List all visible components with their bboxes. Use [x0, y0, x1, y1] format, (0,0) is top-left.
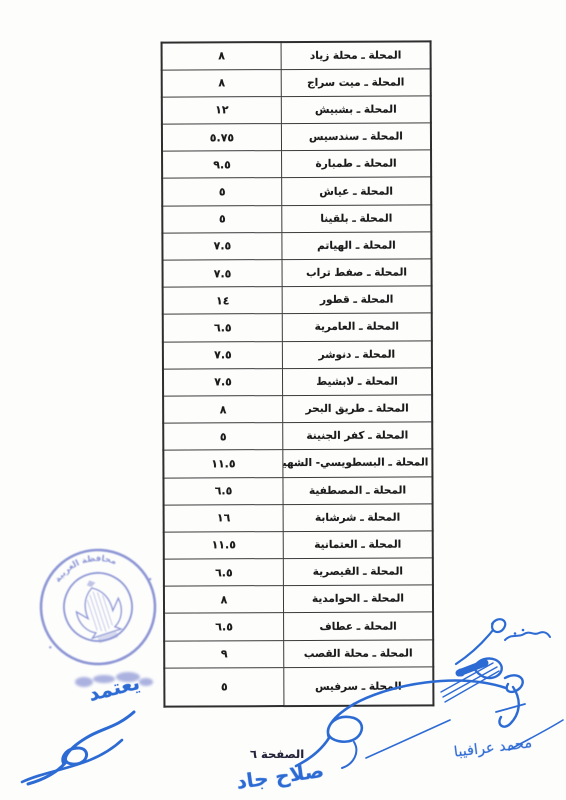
route-cell: المحلة ـ العامرية	[282, 313, 432, 341]
fare-table: المحلة ـ محلة زياد ٨ المحلة ـ ميت سراج ٨…	[161, 40, 435, 707]
fare-table-body: المحلة ـ محلة زياد ٨ المحلة ـ ميت سراج ٨…	[162, 41, 434, 706]
eagle-emblem-icon	[68, 573, 130, 647]
route-cell: المحلة ـ ميت سراج	[281, 69, 431, 97]
table-row: المحلة ـ قطور ١٤	[163, 286, 432, 314]
fare-cell: ٨	[164, 586, 284, 614]
fare-cell: ١١.٥	[164, 531, 284, 559]
table-row: المحلة ـ صفط تراب ٧.٥	[163, 259, 432, 287]
route-cell: المحلة ـ البسطويسي- الشهيدي	[283, 449, 433, 477]
fare-cell: ٥	[163, 423, 283, 451]
fare-cell: ٨	[162, 69, 282, 97]
fare-cell: ٥	[162, 205, 282, 233]
table-row: المحلة ـ سندسيس ٥.٧٥	[162, 123, 431, 151]
fare-cell: ٩.٥	[162, 151, 282, 179]
table-row: المحلة ـ عياش ٥	[162, 177, 431, 205]
handwritten-name-bottom: صلاح جاد	[235, 758, 326, 794]
fare-cell: ١٢	[162, 96, 282, 124]
table-row: المحلة ـ لابشيط ٧.٥	[163, 368, 432, 396]
fare-cell: ١٤	[163, 287, 283, 315]
route-cell: المحلة ـ لابشيط	[282, 368, 432, 396]
table-row: المحلة ـ محلة زياد ٨	[162, 41, 431, 69]
table-row: المحلة ـ المصطفية ٦.٥	[163, 476, 432, 504]
route-cell: المحلة ـ كفر الجنينة	[283, 422, 433, 450]
fare-cell: ٨	[162, 42, 282, 70]
table-row: المحلة ـ العامرية ٦.٥	[163, 313, 432, 341]
fare-cell: ٥.٧٥	[162, 124, 282, 152]
fare-cell: ٩	[164, 640, 284, 668]
route-cell: المحلة ـ طمبارة	[282, 150, 432, 178]
route-cell: المحلة ـ العتمانية	[283, 531, 433, 559]
table-row: المحلة ـ عطاف ٦.٥	[164, 612, 433, 640]
table-row: المحلة ـ كفر الجنينة ٥	[163, 422, 432, 450]
table-row: المحلة ـ شرشابة ١٦	[164, 504, 433, 532]
official-round-stamp: محافظة الغربية ٭ ٭	[28, 541, 174, 685]
route-cell: المحلة ـ طريق البحر	[283, 395, 433, 423]
route-cell: المحلة ـ دنوشر	[282, 340, 432, 368]
route-cell: المحلة ـ الهياتم	[282, 232, 432, 260]
table-row: المحلة ـ البسطويسي- الشهيدي ١١.٥	[163, 449, 432, 477]
scanned-document-page: المحلة ـ محلة زياد ٨ المحلة ـ ميت سراج ٨…	[0, 0, 566, 800]
route-cell: المحلة ـ قطور	[282, 286, 432, 314]
fare-cell: ٦.٥	[163, 477, 283, 505]
fare-cell: ٧.٥	[163, 260, 283, 288]
route-cell: المحلة ـ صفط تراب	[282, 259, 432, 287]
table-row: المحلة ـ ميت سراج ٨	[162, 69, 431, 97]
fare-cell: ٥	[162, 178, 282, 206]
fare-cell: ١١.٥	[163, 450, 283, 478]
route-cell: المحلة ـ القيصرية	[283, 558, 433, 586]
stamp-star-right: ٭	[147, 574, 155, 584]
route-cell: المحلة ـ سندسيس	[281, 123, 431, 151]
table-row: المحلة ـ الحوامدية ٨	[164, 585, 433, 613]
route-cell: المحلة ـ بشبيش	[281, 96, 431, 124]
table-row: المحلة ـ بلقينا ٥	[162, 205, 431, 233]
table-row: المحلة ـ بشبيش ١٢	[162, 96, 431, 124]
signature-left	[16, 698, 156, 794]
table-row: المحلة ـ العتمانية ١١.٥	[164, 531, 433, 559]
fare-cell: ٧.٥	[163, 341, 283, 369]
table-row: المحلة ـ القيصرية ٦.٥	[164, 558, 433, 586]
fare-cell: ٦.٥	[164, 613, 284, 641]
route-cell: المحلة ـ شرشابة	[283, 504, 433, 532]
fare-cell: ٥	[164, 667, 284, 707]
table-row: المحلة ـ طريق البحر ٨	[163, 395, 432, 423]
table-row: المحلة ـ الهياتم ٧.٥	[162, 232, 431, 260]
fare-cell: ٧.٥	[163, 368, 283, 396]
fare-cell: ٦.٥	[163, 314, 283, 342]
table-row: المحلة ـ طمبارة ٩.٥	[162, 150, 431, 178]
table-row: المحلة ـ محلة القصب ٩	[164, 640, 433, 668]
route-cell: المحلة ـ المصطفية	[283, 476, 433, 504]
fare-cell: ٨	[163, 396, 283, 424]
fare-cell: ١٦	[164, 504, 284, 532]
page-number-label: الصفحة ٦	[250, 747, 304, 761]
route-cell: المحلة ـ محلة زياد	[281, 41, 431, 69]
fare-cell: ٧.٥	[162, 232, 282, 260]
route-cell: المحلة ـ بلقينا	[282, 205, 432, 233]
table-row: المحلة ـ دنوشر ٧.٥	[163, 340, 432, 368]
route-cell: المحلة ـ عياش	[282, 177, 432, 205]
fare-cell: ٦.٥	[164, 559, 284, 587]
